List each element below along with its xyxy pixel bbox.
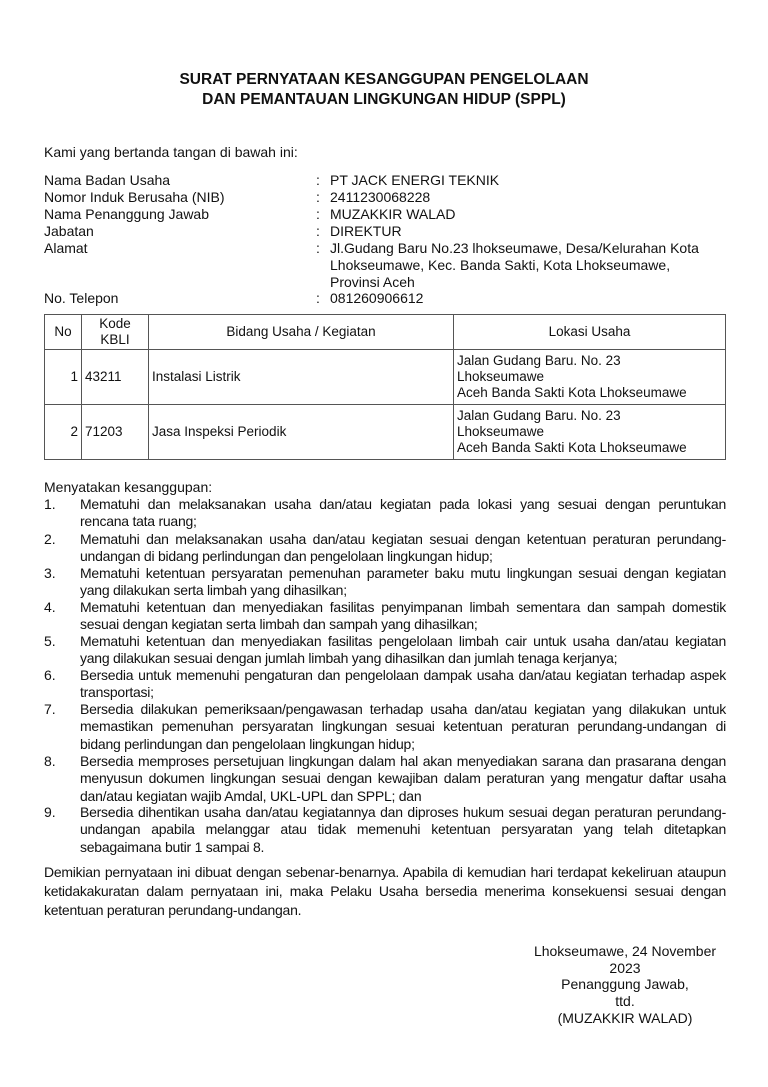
statement-text: Mematuhi ketentuan dan menyediakan fasil…	[80, 599, 726, 634]
intro-text: Kami yang bertanda tangan di bawah ini:	[44, 144, 298, 161]
statement-item-2: 2. Mematuhi dan melaksanakan usaha dan/a…	[44, 531, 726, 566]
statement-text: Bersedia dilakukan pemeriksaan/pengawasa…	[80, 701, 726, 753]
lokasi-line-2: Lhokseumawe	[457, 369, 722, 385]
header-lokasi-usaha: Lokasi Usaha	[454, 315, 726, 350]
closing-paragraph: Demikian pernyataan ini dibuat dengan se…	[44, 863, 726, 920]
statement-text: Bersedia untuk memenuhi pengaturan dan p…	[80, 667, 726, 702]
cell-bidang: Jasa Inspeksi Periodik	[149, 405, 454, 460]
colon: :	[316, 206, 320, 223]
value-alamat-line-3: Provinsi Aceh	[330, 274, 415, 291]
statement-item-4: 4. Mematuhi ketentuan dan menyediakan fa…	[44, 599, 726, 634]
label-nama-badan-usaha: Nama Badan Usaha	[44, 172, 170, 189]
colon: :	[316, 290, 320, 307]
table-header-row: No Kode KBLI Bidang Usaha / Kegiatan Lok…	[45, 315, 726, 350]
label-alamat: Alamat	[44, 240, 88, 257]
cell-no: 1	[45, 350, 82, 405]
cell-lokasi: Jalan Gudang Baru. No. 23 Lhokseumawe Ac…	[454, 405, 726, 460]
cell-kode: 43211	[82, 350, 149, 405]
document-title-line-1: SURAT PERNYATAAN KESANGGUPAN PENGELOLAAN	[0, 70, 768, 90]
value-nama-badan-usaha: PT JACK ENERGI TEKNIK	[330, 172, 499, 189]
statement-text: Mematuhi ketentuan persyaratan pemenuhan…	[80, 565, 726, 600]
signature-ttd: ttd.	[520, 993, 730, 1010]
statement-number: 7.	[44, 701, 56, 718]
statement-item-3: 3. Mematuhi ketentuan persyaratan pemenu…	[44, 565, 726, 600]
statement-item-5: 5. Mematuhi ketentuan dan menyediakan fa…	[44, 633, 726, 668]
document-title-line-2: DAN PEMANTAUAN LINGKUNGAN HIDUP (SPPL)	[0, 90, 768, 110]
table-row: 2 71203 Jasa Inspeksi Periodik Jalan Gud…	[45, 405, 726, 460]
table-row: 1 43211 Instalasi Listrik Jalan Gudang B…	[45, 350, 726, 405]
header-bidang-usaha: Bidang Usaha / Kegiatan	[149, 315, 454, 350]
cell-lokasi: Jalan Gudang Baru. No. 23 Lhokseumawe Ac…	[454, 350, 726, 405]
colon: :	[316, 172, 320, 189]
lokasi-line-1: Jalan Gudang Baru. No. 23	[457, 408, 722, 424]
signature-role: Penanggung Jawab,	[520, 976, 730, 993]
statement-heading: Menyatakan kesanggupan:	[44, 479, 212, 496]
label-penanggung-jawab: Nama Penanggung Jawab	[44, 206, 209, 223]
statement-number: 4.	[44, 599, 56, 616]
statement-item-8: 8. Bersedia memproses persetujuan lingku…	[44, 753, 726, 805]
statement-number: 1.	[44, 496, 56, 513]
statement-text: Bersedia dihentikan usaha dan/atau kegia…	[80, 804, 726, 856]
statement-number: 9.	[44, 804, 56, 821]
lokasi-line-1: Jalan Gudang Baru. No. 23	[457, 353, 722, 369]
colon: :	[316, 223, 320, 240]
statement-text: Mematuhi dan melaksanakan usaha dan/atau…	[80, 531, 726, 566]
value-nib: 2411230068228	[330, 189, 430, 206]
lokasi-line-3: Aceh Banda Sakti Kota Lhokseumawe	[457, 440, 722, 456]
header-no: No	[45, 315, 82, 350]
cell-kode: 71203	[82, 405, 149, 460]
cell-bidang: Instalasi Listrik	[149, 350, 454, 405]
statement-number: 2.	[44, 531, 56, 548]
signature-place-date: Lhokseumawe, 24 November 2023	[520, 943, 730, 976]
label-jabatan: Jabatan	[44, 223, 94, 240]
header-kode-kbli: Kode KBLI	[82, 315, 149, 350]
statement-number: 5.	[44, 633, 56, 650]
signature-name: (MUZAKKIR WALAD)	[520, 1010, 730, 1027]
statement-number: 8.	[44, 753, 56, 770]
label-telepon: No. Telepon	[44, 290, 118, 307]
statement-item-6: 6. Bersedia untuk memenuhi pengaturan da…	[44, 667, 726, 702]
statement-item-7: 7. Bersedia dilakukan pemeriksaan/pengaw…	[44, 701, 726, 753]
statement-item-9: 9. Bersedia dihentikan usaha dan/atau ke…	[44, 804, 726, 856]
signature-block: Lhokseumawe, 24 November 2023 Penanggung…	[520, 943, 730, 1027]
header-kode-line-1: Kode	[85, 316, 145, 332]
header-kode-line-2: KBLI	[85, 332, 145, 348]
cell-no: 2	[45, 405, 82, 460]
value-penanggung-jawab: MUZAKKIR WALAD	[330, 206, 456, 223]
statement-number: 3.	[44, 565, 56, 582]
statement-text: Bersedia memproses persetujuan lingkunga…	[80, 753, 726, 805]
lokasi-line-3: Aceh Banda Sakti Kota Lhokseumawe	[457, 385, 722, 401]
lokasi-line-2: Lhokseumawe	[457, 424, 722, 440]
statement-text: Mematuhi ketentuan dan menyediakan fasil…	[80, 633, 726, 668]
label-nib: Nomor Induk Berusaha (NIB)	[44, 189, 225, 206]
value-telepon: 081260906612	[330, 290, 423, 307]
statement-item-1: 1. Mematuhi dan melaksanakan usaha dan/a…	[44, 496, 726, 531]
colon: :	[316, 240, 320, 257]
statement-number: 6.	[44, 667, 56, 684]
kbli-table: No Kode KBLI Bidang Usaha / Kegiatan Lok…	[44, 314, 726, 460]
value-alamat-line-2: Lhokseumawe, Kec. Banda Sakti, Kota Lhok…	[330, 257, 670, 274]
statement-text: Mematuhi dan melaksanakan usaha dan/atau…	[80, 496, 726, 531]
value-alamat-line-1: Jl.Gudang Baru No.23 lhokseumawe, Desa/K…	[330, 240, 699, 257]
colon: :	[316, 189, 320, 206]
value-jabatan: DIREKTUR	[330, 223, 402, 240]
